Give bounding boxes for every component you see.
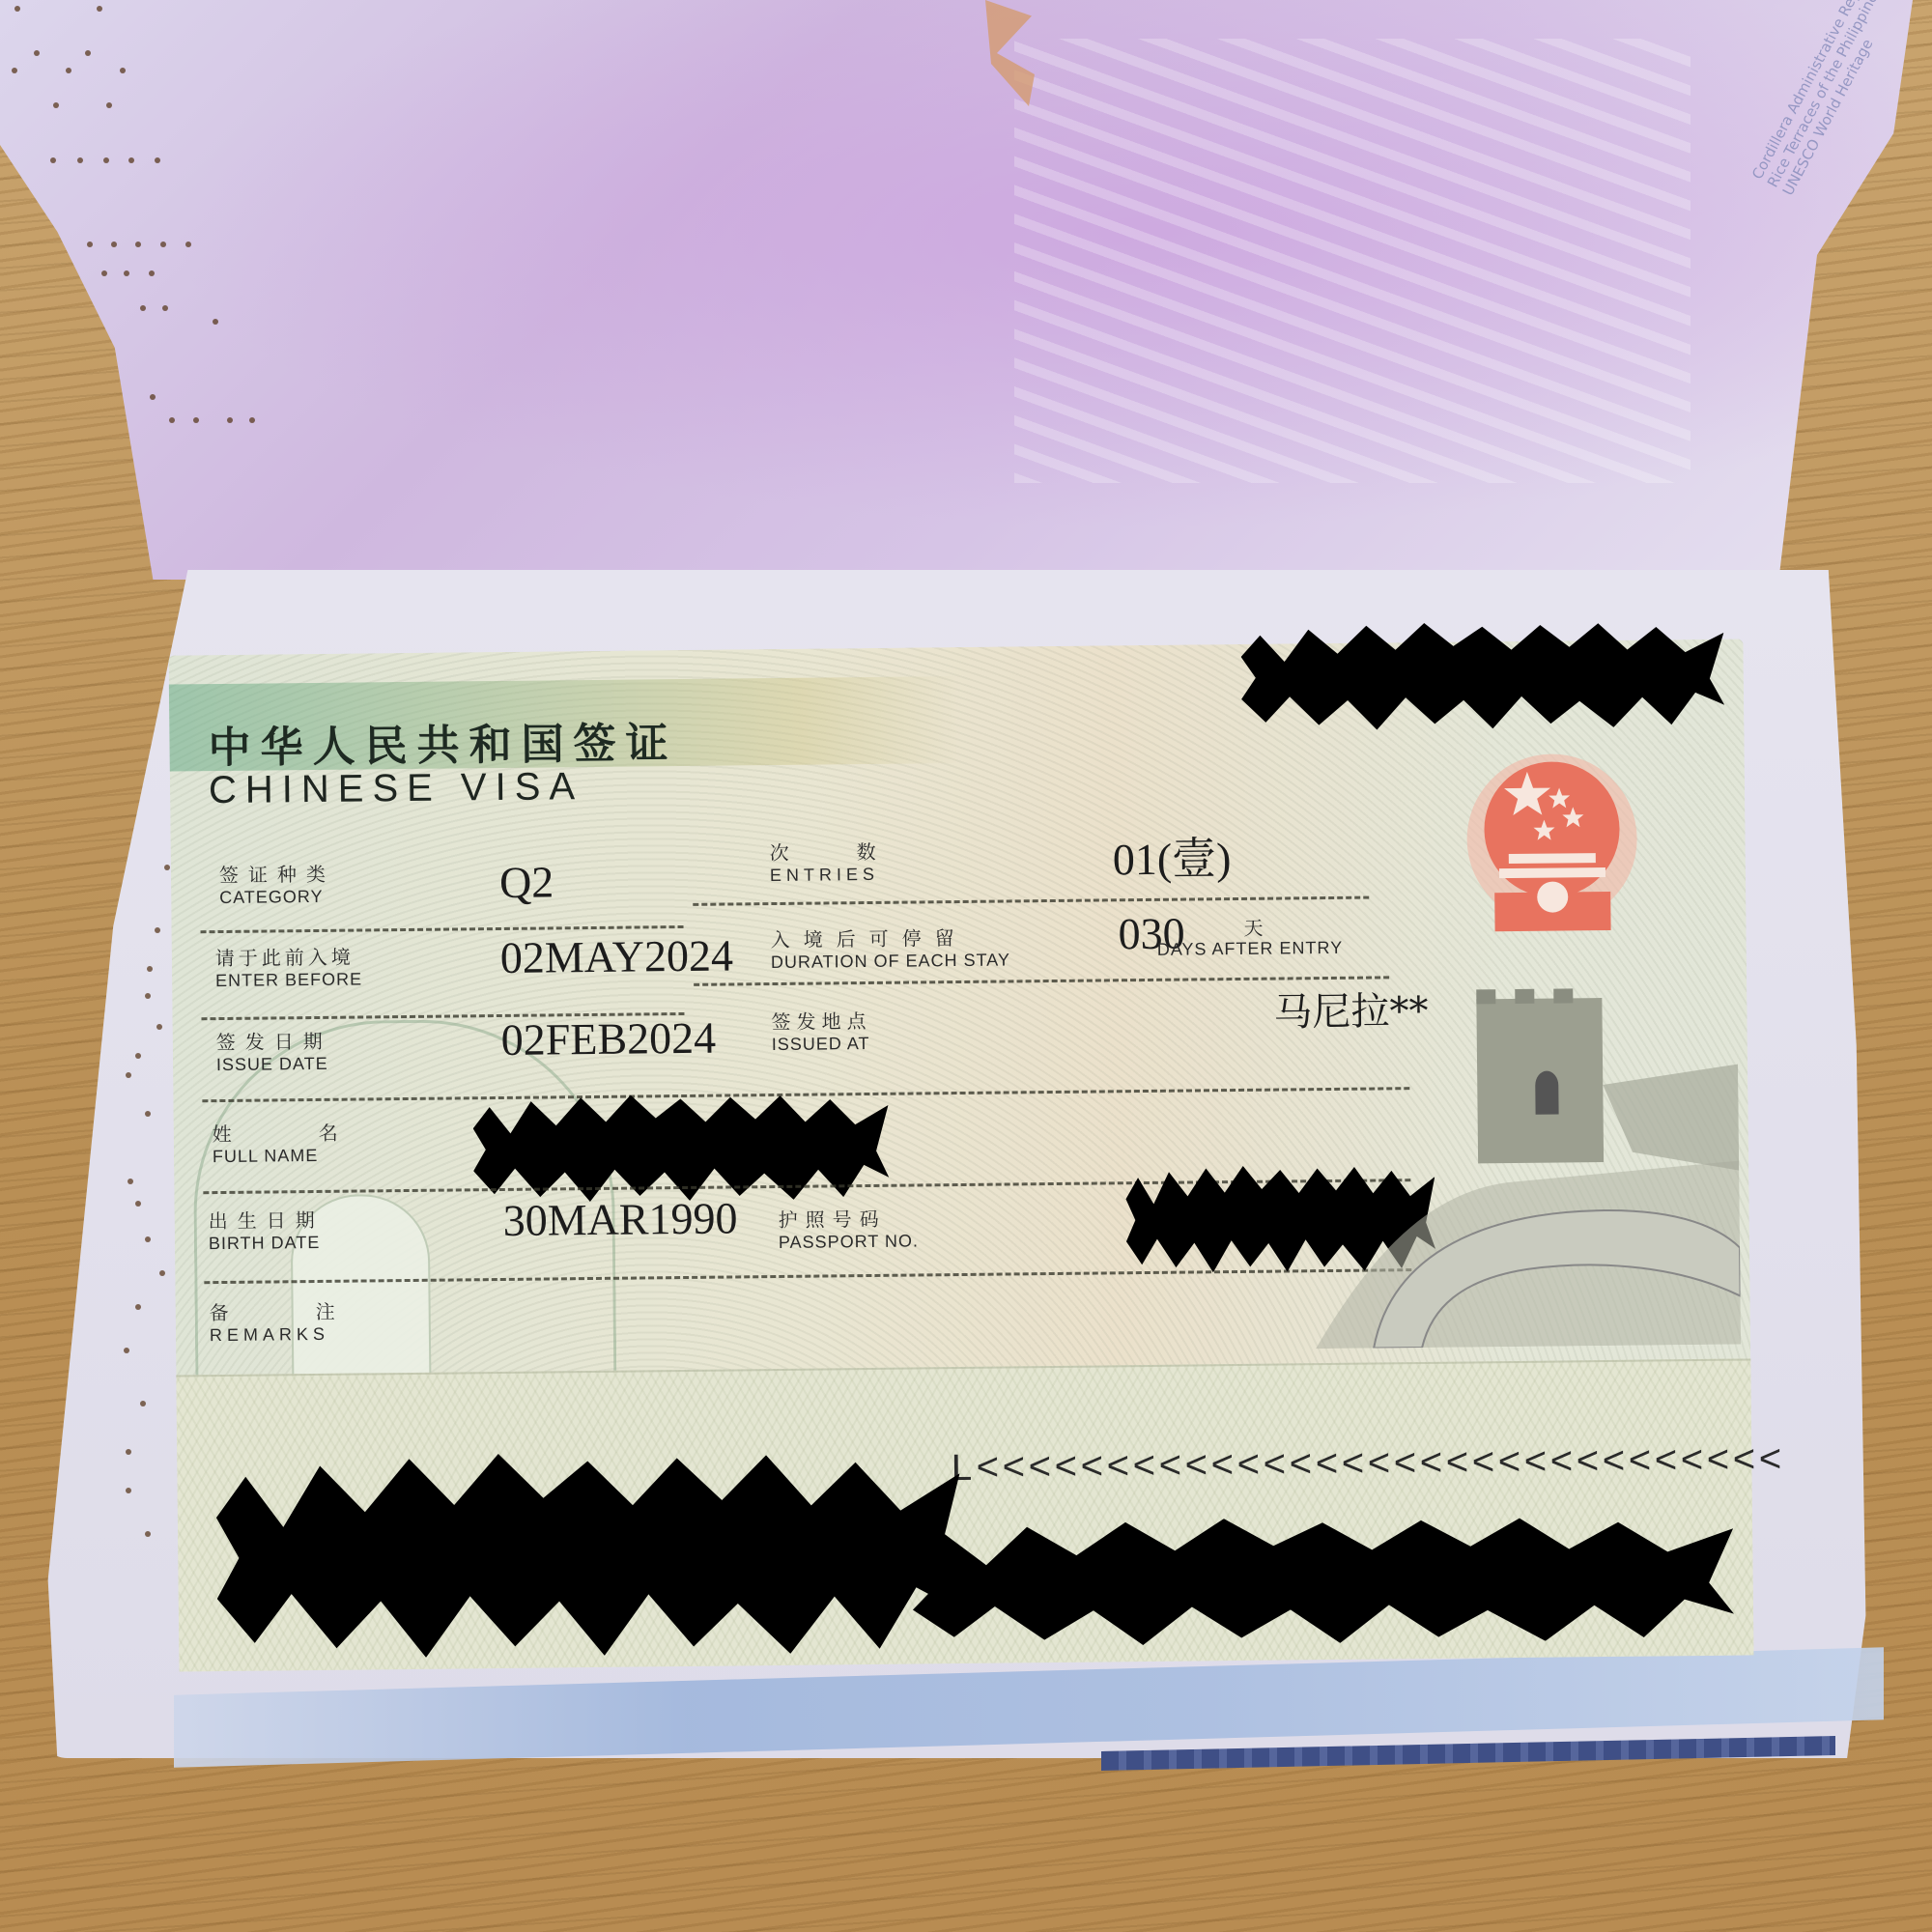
visa-title-english: CHINESE VISA: [209, 765, 584, 812]
mrz-line-1-tail: L<<<<<<<<<<<<<<<<<<<<<<<<<<<<<<<: [950, 1440, 1785, 1492]
great-wall-illustration: [1312, 958, 1741, 1350]
visa-number-redaction: [1240, 620, 1724, 731]
chinese-visa-sticker: 中华人民共和国签证 CHINESE VISA 签证种类 CATEGORY Q2 …: [169, 639, 1754, 1669]
visa-title-chinese: 中华人民共和国签证: [208, 708, 678, 775]
field-duration: 入境后可停留 DURATION OF EACH STAY: [770, 922, 1010, 973]
full-name-label-cn: 姓名: [213, 1117, 425, 1147]
category-value: Q2: [499, 856, 554, 908]
category-label-cn: 签证种类: [219, 859, 335, 888]
issue-date-label-cn: 签发日期: [216, 1026, 332, 1055]
birth-date-label-en: BIRTH DATE: [209, 1233, 325, 1254]
passport-no-label-en: PASSPORT NO.: [779, 1231, 919, 1253]
passport-no-label-cn: 护照号码: [779, 1203, 919, 1233]
birth-date-label-cn: 出生日期: [209, 1205, 325, 1234]
remarks-label-en: REMARKS: [210, 1323, 422, 1346]
page-wave-pattern: [1014, 39, 1690, 483]
birth-date-value: 30MAR1990: [502, 1192, 737, 1246]
duration-label-cn: 入境后可停留: [770, 922, 1009, 952]
remarks-label-cn: 备注: [210, 1295, 422, 1325]
duration-label-en: DURATION OF EACH STAY: [771, 950, 1010, 973]
entries-label-cn: 次数: [770, 836, 944, 866]
duration-unit-cn: 天: [1243, 913, 1272, 941]
field-issue-date: 签发日期 ISSUE DATE: [216, 1026, 333, 1075]
duration-unit-en: DAYS AFTER ENTRY: [1157, 938, 1344, 960]
enter-before-value: 02MAY2024: [500, 929, 734, 983]
enter-before-label-cn: 请于此前入境: [215, 941, 362, 971]
national-emblem-icon: [1455, 747, 1650, 942]
field-entries: 次数 ENTRIES: [770, 836, 945, 886]
field-passport-no: 护照号码 PASSPORT NO.: [779, 1203, 920, 1253]
issue-date-label-en: ISSUE DATE: [216, 1054, 332, 1075]
field-full-name: 姓名 FULL NAME: [213, 1117, 426, 1167]
issue-date-value: 02FEB2024: [500, 1012, 716, 1065]
passport-upper-page: [0, 0, 1913, 580]
entries-value: 01(壹): [1112, 823, 1231, 888]
enter-before-label-en: ENTER BEFORE: [215, 969, 362, 991]
field-category: 签证种类 CATEGORY: [219, 859, 336, 908]
category-label-en: CATEGORY: [219, 887, 335, 908]
issued-at-label-en: ISSUED AT: [772, 1034, 872, 1055]
field-birth-date: 出生日期 BIRTH DATE: [209, 1205, 326, 1254]
field-remarks: 备注 REMARKS: [210, 1295, 423, 1346]
issued-at-label-cn: 签发地点: [771, 1006, 871, 1035]
entries-label-en: ENTRIES: [770, 864, 944, 886]
field-enter-before: 请于此前入境 ENTER BEFORE: [215, 941, 363, 991]
full-name-label-en: FULL NAME: [213, 1145, 425, 1167]
field-issued-at: 签发地点 ISSUED AT: [771, 1006, 872, 1055]
divider: [693, 896, 1369, 906]
